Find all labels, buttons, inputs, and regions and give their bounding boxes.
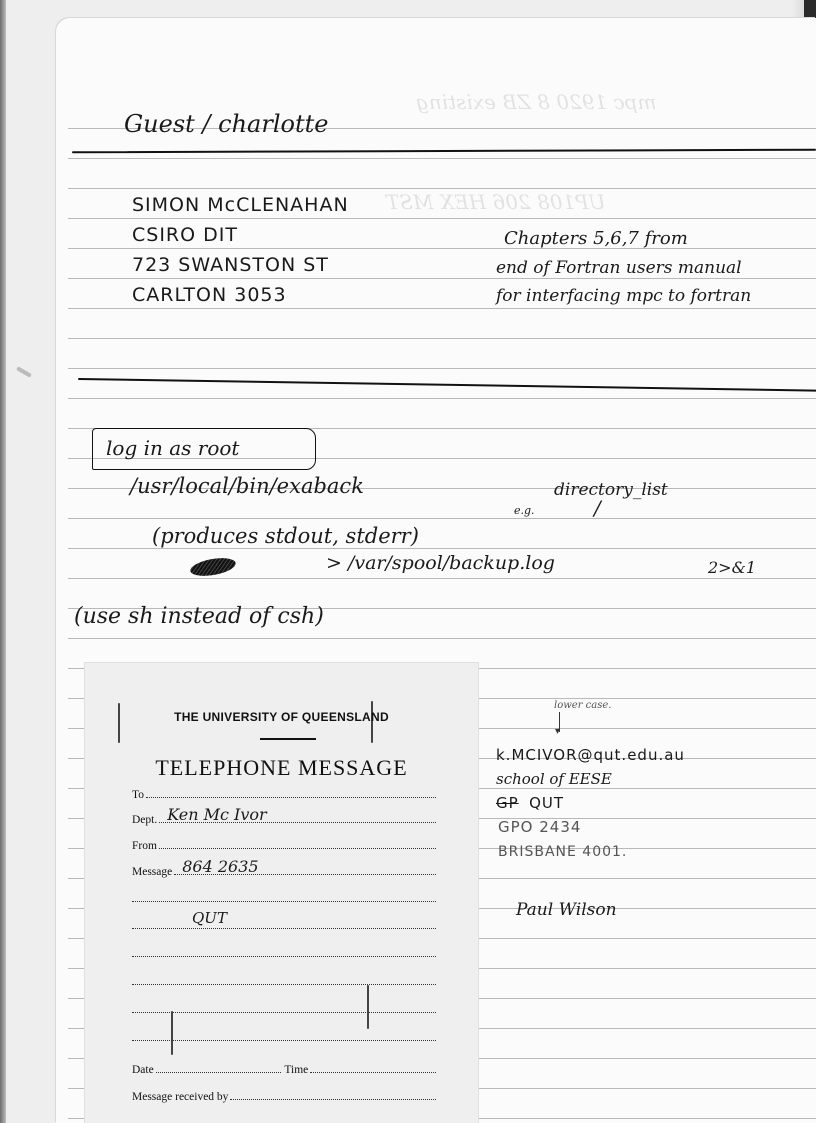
staple-icon	[171, 1011, 173, 1055]
telephone-message-card: THE UNIVERSITY OF QUEENSLAND TELEPHONE M…	[85, 663, 478, 1123]
ruled-line	[68, 188, 816, 189]
redirect-suffix: 2>&1	[708, 558, 756, 577]
section-divider	[78, 378, 816, 392]
produces-note: (produces stdout, stderr)	[152, 524, 419, 548]
message-line[interactable]	[132, 956, 436, 957]
example-label: e.g.	[514, 504, 535, 517]
example-value: /	[594, 496, 601, 520]
card-org-rule	[260, 738, 316, 740]
message-line[interactable]: QUT	[132, 928, 436, 929]
side-note-line: end of Fortran users manual	[496, 258, 742, 278]
message-line[interactable]	[132, 1040, 436, 1041]
lower-case-note: lower case.	[554, 700, 611, 711]
from-field[interactable]: From	[132, 839, 436, 852]
ruled-line	[68, 638, 816, 639]
header-underline	[72, 149, 816, 154]
staple-icon	[367, 985, 369, 1029]
to-label: To	[132, 789, 144, 801]
arrow-head-icon: ▾	[555, 726, 560, 737]
contact-email: k.MCIVOR@qut.edu.au	[496, 746, 685, 764]
message-value: 864 2635	[182, 857, 258, 876]
command-path: /usr/local/bin/exaback	[130, 474, 364, 498]
dept-value: Ken Mc Ivor	[167, 805, 266, 824]
signature: Paul Wilson	[516, 900, 617, 920]
struck-text: GP	[496, 794, 519, 812]
from-label: From	[132, 840, 157, 852]
message-line[interactable]	[132, 1012, 436, 1013]
boxed-note: log in as root	[106, 436, 239, 460]
address-line: 723 SWANSTON ST	[132, 254, 329, 276]
ruled-line	[68, 158, 816, 159]
message-line-value: QUT	[192, 909, 227, 927]
ruled-line	[68, 368, 816, 369]
side-note-line: Chapters 5,6,7 from	[504, 228, 688, 249]
contact-line-struck: GP QUT	[496, 794, 564, 813]
address-line: CSIRO DIT	[132, 224, 238, 246]
scanner-edge-left	[0, 0, 6, 1123]
message-field[interactable]: Message 864 2635	[132, 865, 436, 878]
ruled-line	[68, 308, 816, 309]
side-note-line: for interfacing mpc to fortran	[496, 286, 751, 306]
contact-line: QUT	[529, 794, 564, 812]
bleed-through-text: UP108 206 HEX MST	[386, 190, 606, 214]
ruled-line	[68, 548, 816, 549]
card-title: TELEPHONE MESSAGE	[85, 755, 478, 781]
ruled-line	[68, 338, 816, 339]
date-field[interactable]	[156, 1063, 282, 1073]
shell-note: (use sh instead of csh)	[74, 604, 324, 629]
redirect-command: > /var/spool/backup.log	[326, 552, 555, 574]
message-label: Message	[132, 866, 172, 878]
time-field[interactable]	[310, 1063, 436, 1073]
notebook-header: Guest / charlotte	[124, 110, 328, 138]
scribble-out	[189, 555, 237, 579]
contact-line: school of EESE	[496, 770, 612, 788]
message-line[interactable]	[132, 901, 436, 902]
card-organisation: THE UNIVERSITY OF QUEENSLAND	[85, 710, 478, 724]
command-argument: directory_list	[554, 480, 668, 500]
received-label: Message received by	[132, 1091, 228, 1103]
contact-line: BRISBANE 4001.	[498, 844, 627, 860]
ruled-line	[68, 248, 816, 249]
received-by-field[interactable]: Message received by	[132, 1090, 436, 1103]
date-label: Date	[132, 1064, 154, 1076]
time-label: Time	[284, 1064, 308, 1076]
dept-label: Dept.	[132, 814, 157, 826]
ruled-line	[68, 398, 816, 399]
message-line[interactable]	[132, 984, 436, 985]
address-line: SIMON McCLENAHAN	[132, 194, 349, 216]
ruled-line	[68, 278, 816, 279]
bleed-through-text: mpc 1920 8 ZB existing	[416, 90, 657, 114]
address-line: CARLTON 3053	[132, 284, 287, 306]
dept-field[interactable]: Dept. Ken Mc Ivor	[132, 813, 436, 826]
contact-line: GPO 2434	[498, 818, 581, 836]
to-field[interactable]: To	[132, 788, 436, 801]
ruled-line	[68, 518, 816, 519]
ruled-line	[68, 218, 816, 219]
date-time-row: Date Time	[132, 1063, 436, 1076]
ruled-line	[68, 578, 816, 579]
